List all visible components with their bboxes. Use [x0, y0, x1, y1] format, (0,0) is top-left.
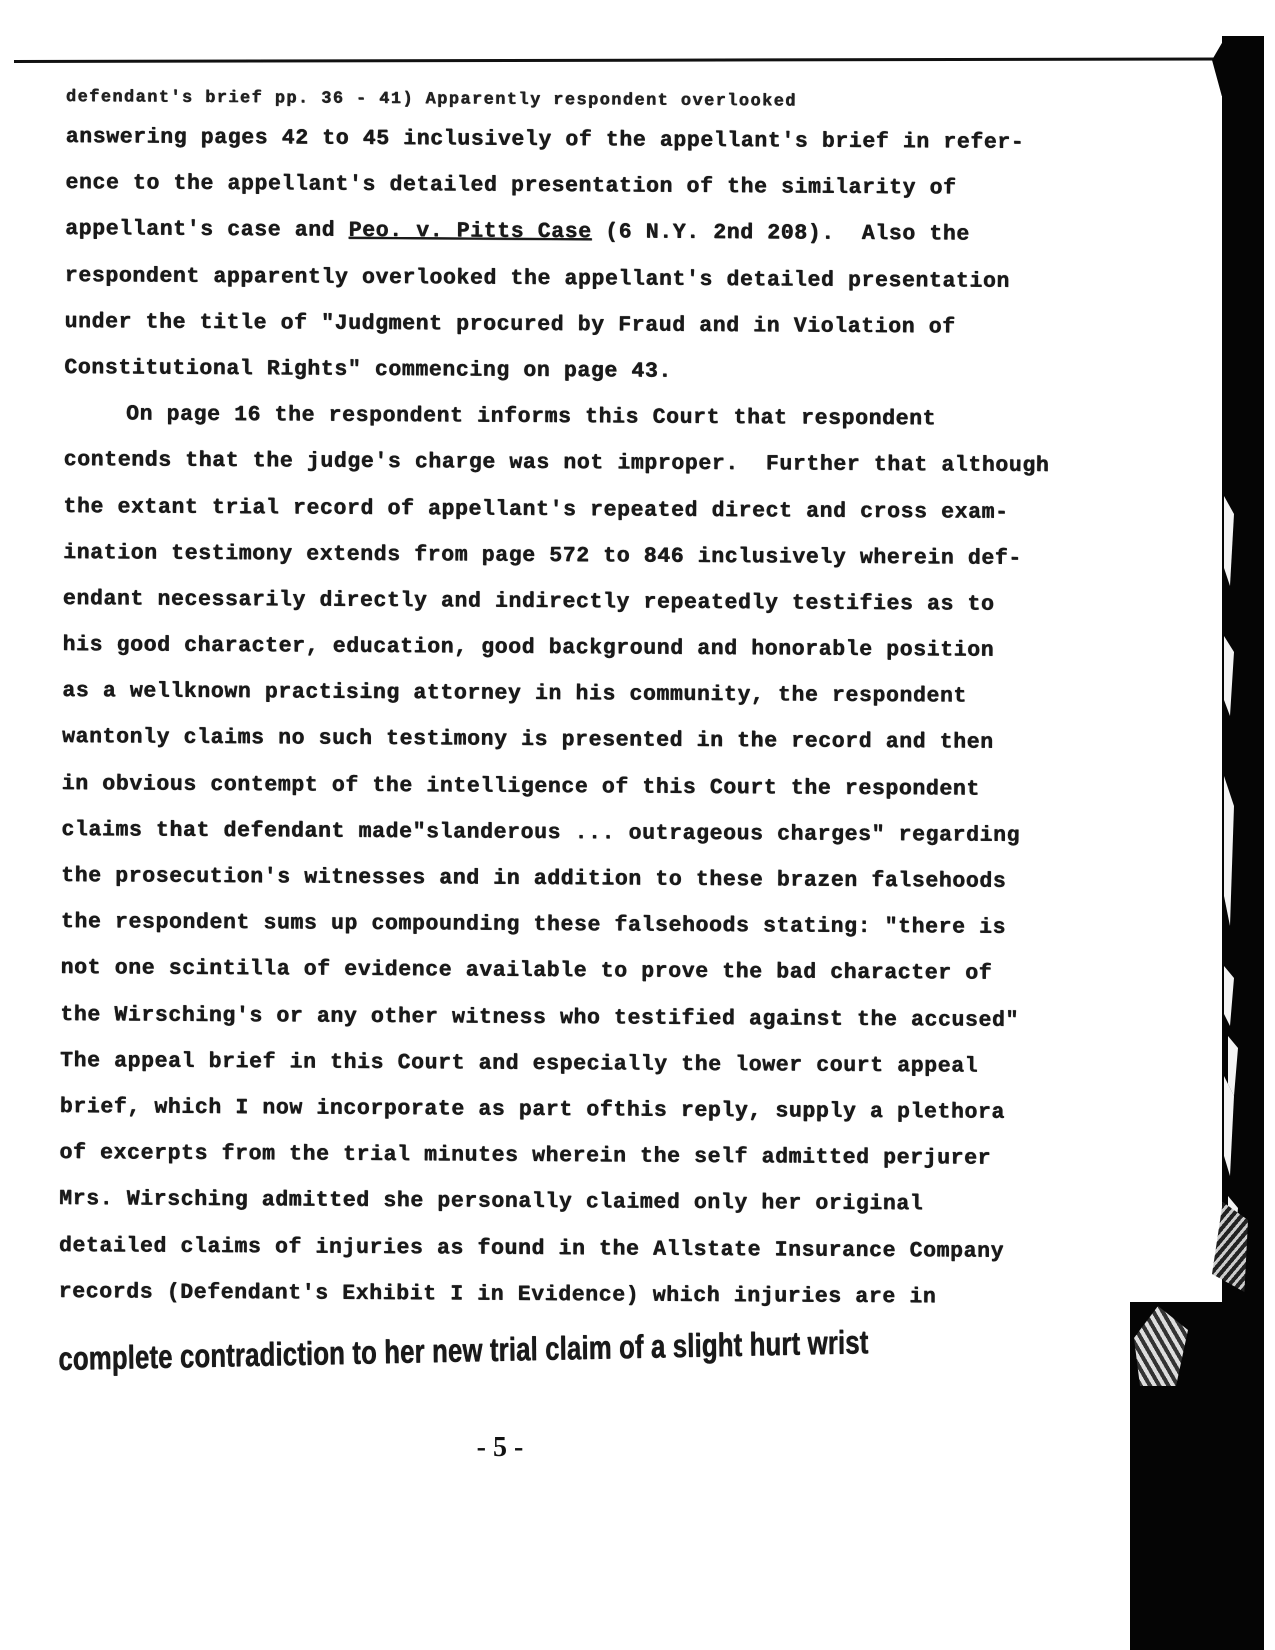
scan-artifact: [1224, 496, 1234, 586]
text-line: ination testimony extends from page 572 …: [63, 530, 1143, 583]
scan-corner-shadow: [1130, 1302, 1260, 1650]
text-line: Constitutional Rights" commencing on pag…: [64, 345, 1144, 398]
scan-artifact: [1224, 636, 1234, 716]
case-citation: Peo. v. Pitts Case: [349, 219, 592, 244]
scan-artifact: [1224, 776, 1234, 926]
top-rule-line: [14, 57, 1226, 63]
page-number: - 5 -: [0, 1432, 1000, 1464]
text-line: contends that the judge's charge was not…: [64, 437, 1144, 490]
text-line-with-citation: appellant's case and Peo. v. Pitts Case …: [65, 206, 1145, 259]
text-line: endant necessarily directly and indirect…: [63, 576, 1143, 629]
text-line: of excerpts from the trial minutes where…: [59, 1130, 1139, 1183]
text-line: his good character, education, good back…: [62, 622, 1142, 675]
text-line: The appeal brief in this Court and espec…: [60, 1038, 1140, 1091]
text-line: the respondent sums up compounding these…: [61, 899, 1141, 952]
text-line: under the title of "Judgment procured by…: [64, 299, 1144, 352]
text-line: answering pages 42 to 45 inclusively of …: [66, 114, 1146, 167]
text-line: as a wellknown practising attorney in hi…: [62, 668, 1142, 721]
text-line: brief, which I now incorporate as part o…: [60, 1084, 1140, 1137]
text-fragment: (6 N.Y. 2nd 208). Also the: [592, 221, 970, 247]
text-line: claims that defendant made"slanderous ..…: [61, 807, 1141, 860]
text-fragment: appellant's case and: [65, 217, 349, 243]
text-line: Mrs. Wirsching admitted she personally c…: [59, 1176, 1139, 1229]
text-line: wantonly claims no such testimony is pre…: [62, 714, 1142, 767]
text-line: the Wirsching's or any other witness who…: [60, 992, 1140, 1045]
scan-artifact: [1224, 966, 1234, 1026]
text-line: the prosecution's witnesses and in addit…: [61, 853, 1141, 906]
text-line: detailed claims of injuries as found in …: [59, 1222, 1139, 1275]
document-body: defendant's brief pp. 36 - 41) Apparentl…: [58, 82, 1146, 1391]
scan-edge-notch: [1212, 36, 1226, 96]
text-line: not one scintilla of evidence available …: [60, 945, 1140, 998]
text-line: the extant trial record of appellant's r…: [63, 483, 1143, 536]
text-line: in obvious contempt of the intelligence …: [62, 761, 1142, 814]
text-line: respondent apparently overlooked the app…: [65, 253, 1145, 306]
text-line: ence to the appellant's detailed present…: [65, 160, 1145, 213]
paragraph-start-line: On page 16 the respondent informs this C…: [64, 391, 1144, 444]
scanner-hand-image: [1134, 1306, 1194, 1386]
